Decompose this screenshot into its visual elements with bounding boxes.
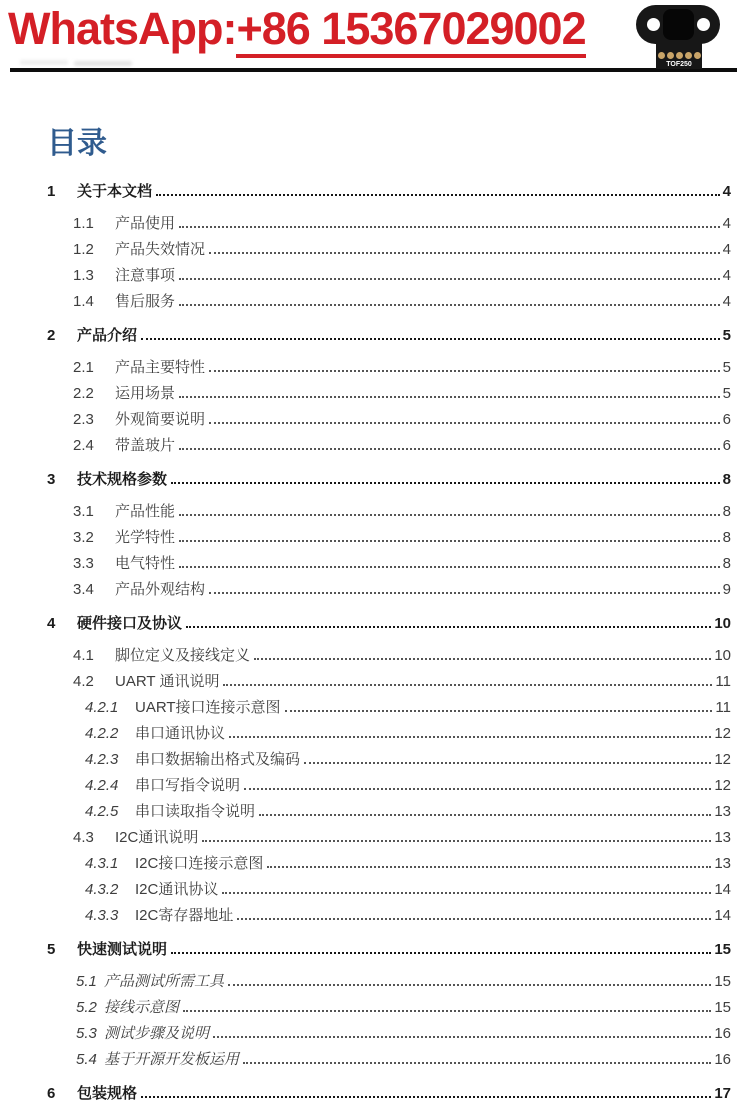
toc-leader-dots bbox=[202, 840, 711, 842]
toc-entry-page: 13 bbox=[714, 799, 731, 825]
toc-entry-title: 串口通讯协议 bbox=[135, 721, 225, 747]
header-divider bbox=[10, 68, 737, 72]
toc-entry-number: 2.3 bbox=[73, 407, 115, 433]
toc-entry[interactable]: 4.3.3I2C寄存器地址14 bbox=[0, 903, 731, 929]
toc-entry-title: 测试步骤及说明 bbox=[104, 1021, 209, 1047]
toc-entry[interactable]: 1.2产品失效情况4 bbox=[0, 237, 731, 263]
toc-entry-page: 16 bbox=[714, 1021, 731, 1047]
erased-text-artifact bbox=[74, 61, 132, 66]
toc-leader-dots bbox=[179, 226, 720, 228]
sensor-aperture bbox=[663, 9, 694, 40]
toc-leader-dots bbox=[254, 658, 711, 660]
toc-leader-dots bbox=[209, 370, 720, 372]
toc-leader-dots bbox=[237, 918, 711, 920]
toc-leader-dots bbox=[179, 448, 720, 450]
toc-entry-number: 2.4 bbox=[73, 433, 115, 459]
toc-leader-dots bbox=[229, 736, 711, 738]
toc-entry[interactable]: 5.1产品测试所需工具15 bbox=[0, 969, 731, 995]
toc-entry[interactable]: 6包装规格17 bbox=[0, 1081, 731, 1107]
toc-entry-number: 4.3 bbox=[73, 825, 115, 851]
toc-entry-number: 4.2.1 bbox=[85, 695, 135, 721]
toc-entry-number: 3.1 bbox=[73, 499, 115, 525]
toc-entry[interactable]: 2.2运用场景5 bbox=[0, 381, 731, 407]
toc-entry-title: 基于开源开发板运用 bbox=[104, 1047, 239, 1073]
toc-leader-dots bbox=[209, 252, 720, 254]
toc-entry[interactable]: 3技术规格参数8 bbox=[0, 467, 731, 493]
toc-entry[interactable]: 4.3.2I2C通讯协议14 bbox=[0, 877, 731, 903]
toc-leader-dots bbox=[141, 1096, 711, 1098]
toc-entry-page: 8 bbox=[723, 551, 731, 577]
tof250-product-image: TOF250 bbox=[636, 5, 720, 69]
toc-entry-number: 4.1 bbox=[73, 643, 115, 669]
toc-entry-number: 5.2 bbox=[76, 995, 104, 1021]
toc-leader-dots bbox=[213, 1036, 711, 1038]
toc-leader-dots bbox=[285, 710, 713, 712]
toc-entry-number: 4.3.1 bbox=[85, 851, 135, 877]
toc-entry-page: 12 bbox=[714, 747, 731, 773]
toc-entry-title: I2C寄存器地址 bbox=[135, 903, 233, 929]
toc-entry-page: 10 bbox=[714, 643, 731, 669]
toc-entry-number: 2.1 bbox=[73, 355, 115, 381]
toc-entry-number: 1.4 bbox=[73, 289, 115, 315]
toc-entry-page: 8 bbox=[723, 467, 731, 493]
toc-entry-number: 2.2 bbox=[73, 381, 115, 407]
toc-entry-title: 产品主要特性 bbox=[115, 355, 205, 381]
toc-leader-dots bbox=[228, 984, 711, 986]
erased-text-artifact bbox=[20, 60, 68, 65]
toc-leader-dots bbox=[156, 194, 720, 196]
toc-entry-page: 5 bbox=[723, 355, 731, 381]
toc-entry[interactable]: 4.2.5串口读取指令说明13 bbox=[0, 799, 731, 825]
toc-entry-page: 4 bbox=[723, 179, 731, 205]
toc-entry-title: I2C接口连接示意图 bbox=[135, 851, 263, 877]
toc-entry[interactable]: 5.4基于开源开发板运用16 bbox=[0, 1047, 731, 1073]
toc-entry-page: 6 bbox=[723, 433, 731, 459]
toc-entry-number: 4 bbox=[47, 611, 77, 637]
toc-entry-page: 6 bbox=[723, 407, 731, 433]
toc-entry-page: 9 bbox=[723, 577, 731, 603]
toc-entry-page: 10 bbox=[714, 611, 731, 637]
toc-entry[interactable]: 3.2光学特性8 bbox=[0, 525, 731, 551]
toc-entry-title: 快速测试说明 bbox=[77, 937, 167, 963]
toc-entry-title: 注意事项 bbox=[115, 263, 175, 289]
pin bbox=[667, 52, 674, 59]
toc-entry[interactable]: 2产品介绍5 bbox=[0, 323, 731, 349]
toc-entry-title: 光学特性 bbox=[115, 525, 175, 551]
toc-leader-dots bbox=[179, 304, 720, 306]
toc-entry-page: 16 bbox=[714, 1047, 731, 1073]
pin bbox=[676, 52, 683, 59]
toc-leader-dots bbox=[179, 514, 720, 516]
toc-entry-title: UART接口连接示意图 bbox=[135, 695, 281, 721]
toc-entry[interactable]: 2.3外观简要说明6 bbox=[0, 407, 731, 433]
toc-entry-title: 包装规格 bbox=[77, 1081, 137, 1107]
toc-entry[interactable]: 4.2.3串口数据输出格式及编码12 bbox=[0, 747, 731, 773]
toc-leader-dots bbox=[243, 1062, 711, 1064]
toc-entry-page: 13 bbox=[714, 851, 731, 877]
toc-entry-number: 4.2.5 bbox=[85, 799, 135, 825]
toc-entry[interactable]: 1.3注意事项4 bbox=[0, 263, 731, 289]
toc-entry-page: 8 bbox=[723, 499, 731, 525]
toc-entry-number: 3.4 bbox=[73, 577, 115, 603]
toc-entry[interactable]: 1.4售后服务4 bbox=[0, 289, 731, 315]
toc-entry-number: 4.2 bbox=[73, 669, 115, 695]
toc-leader-dots bbox=[179, 540, 720, 542]
toc-entry-page: 4 bbox=[723, 237, 731, 263]
toc-leader-dots bbox=[171, 482, 720, 484]
toc-entry[interactable]: 2.1产品主要特性5 bbox=[0, 355, 731, 381]
toc-entry[interactable]: 5快速测试说明15 bbox=[0, 937, 731, 963]
toc-entry-title: 串口写指令说明 bbox=[135, 773, 240, 799]
toc-leader-dots bbox=[141, 338, 720, 340]
toc-entry-title: 技术规格参数 bbox=[77, 467, 167, 493]
whatsapp-label: WhatsApp: bbox=[8, 3, 236, 54]
toc-title: 目录 bbox=[47, 124, 107, 164]
toc-entry[interactable]: 4.3.1I2C接口连接示意图13 bbox=[0, 851, 731, 877]
phone-number: +86 15367029002 bbox=[236, 3, 585, 58]
toc-entry-title: 产品使用 bbox=[115, 211, 175, 237]
toc-entry[interactable]: 2.4带盖玻片6 bbox=[0, 433, 731, 459]
toc-entry-title: 脚位定义及接线定义 bbox=[115, 643, 250, 669]
toc-entry-number: 4.3.3 bbox=[85, 903, 135, 929]
toc-entry-title: 产品测试所需工具 bbox=[104, 969, 224, 995]
toc-entry[interactable]: 4.2.4串口写指令说明12 bbox=[0, 773, 731, 799]
toc-leader-dots bbox=[259, 814, 711, 816]
toc-entry-page: 15 bbox=[714, 969, 731, 995]
toc-entry[interactable]: 4.2.2串口通讯协议12 bbox=[0, 721, 731, 747]
toc-entry-page: 5 bbox=[723, 323, 731, 349]
toc-leader-dots bbox=[244, 788, 711, 790]
toc-entry-number: 2 bbox=[47, 323, 77, 349]
toc-entry-title: 电气特性 bbox=[115, 551, 175, 577]
toc-leader-dots bbox=[304, 762, 711, 764]
toc-entry-title: UART 通讯说明 bbox=[115, 669, 219, 695]
toc-entry-number: 3.2 bbox=[73, 525, 115, 551]
toc-leader-dots bbox=[222, 892, 711, 894]
toc-leader-dots bbox=[179, 566, 720, 568]
toc-entry[interactable]: 1关于本文档4 bbox=[0, 179, 731, 205]
module-label: TOF250 bbox=[666, 60, 692, 69]
document-page: WhatsApp:+86 15367029002 TOF250 目录 1关于本文… bbox=[0, 0, 750, 1120]
toc-leader-dots bbox=[209, 592, 720, 594]
toc-entry-title: 外观简要说明 bbox=[115, 407, 205, 433]
pin bbox=[694, 52, 701, 59]
toc-entry-title: 关于本文档 bbox=[77, 179, 152, 205]
toc-entry-page: 14 bbox=[714, 877, 731, 903]
gold-pins bbox=[658, 52, 701, 59]
toc-entry-title: 产品介绍 bbox=[77, 323, 137, 349]
toc-entry-number: 3.3 bbox=[73, 551, 115, 577]
toc-leader-dots bbox=[179, 278, 720, 280]
pin bbox=[658, 52, 665, 59]
toc-entry-title: 产品性能 bbox=[115, 499, 175, 525]
toc-entry[interactable]: 3.3电气特性8 bbox=[0, 551, 731, 577]
toc-leader-dots bbox=[183, 1010, 711, 1012]
toc-entry[interactable]: 4硬件接口及协议10 bbox=[0, 611, 731, 637]
toc-entry-number: 4.2.3 bbox=[85, 747, 135, 773]
toc-entry-page: 14 bbox=[714, 903, 731, 929]
mounting-hole-right bbox=[697, 18, 710, 31]
toc-entry-number: 5.4 bbox=[76, 1047, 104, 1073]
pin bbox=[685, 52, 692, 59]
whatsapp-header: WhatsApp:+86 15367029002 bbox=[8, 0, 586, 58]
toc-leader-dots bbox=[171, 952, 711, 954]
toc-entry-title: I2C通讯协议 bbox=[135, 877, 218, 903]
toc-entry[interactable]: 4.2UART 通讯说明11 bbox=[0, 669, 731, 695]
toc-leader-dots bbox=[267, 866, 711, 868]
toc-entry-title: 产品外观结构 bbox=[115, 577, 205, 603]
toc-entry-page: 12 bbox=[714, 721, 731, 747]
toc-entry-page: 5 bbox=[723, 381, 731, 407]
toc-entry[interactable]: 3.4产品外观结构9 bbox=[0, 577, 731, 603]
toc-entry-page: 4 bbox=[723, 211, 731, 237]
toc-entry-page: 13 bbox=[714, 825, 731, 851]
toc-entry-title: 串口数据输出格式及编码 bbox=[135, 747, 300, 773]
toc-list: 1关于本文档41.1产品使用41.2产品失效情况41.3注意事项41.4售后服务… bbox=[0, 179, 750, 1113]
toc-entry-title: 售后服务 bbox=[115, 289, 175, 315]
toc-leader-dots bbox=[179, 396, 720, 398]
toc-entry-number: 5 bbox=[47, 937, 77, 963]
mounting-hole-left bbox=[647, 18, 660, 31]
toc-entry-number: 5.1 bbox=[76, 969, 104, 995]
toc-entry-number: 4.2.2 bbox=[85, 721, 135, 747]
toc-leader-dots bbox=[209, 422, 720, 424]
toc-entry-number: 5.3 bbox=[76, 1021, 104, 1047]
toc-entry-title: I2C通讯说明 bbox=[115, 825, 198, 851]
toc-entry-number: 4.2.4 bbox=[85, 773, 135, 799]
toc-entry[interactable]: 4.2.1UART接口连接示意图11 bbox=[0, 695, 731, 721]
toc-entry-title: 运用场景 bbox=[115, 381, 175, 407]
toc-entry-number: 4.3.2 bbox=[85, 877, 135, 903]
toc-entry-title: 接线示意图 bbox=[104, 995, 179, 1021]
toc-entry-title: 硬件接口及协议 bbox=[77, 611, 182, 637]
toc-entry-page: 17 bbox=[714, 1081, 731, 1107]
toc-entry-page: 11 bbox=[715, 669, 731, 695]
toc-entry-page: 15 bbox=[714, 995, 731, 1021]
toc-entry-number: 1.1 bbox=[73, 211, 115, 237]
toc-entry-page: 11 bbox=[715, 695, 731, 721]
toc-entry[interactable]: 4.3I2C通讯说明13 bbox=[0, 825, 731, 851]
toc-entry-page: 12 bbox=[714, 773, 731, 799]
toc-entry-page: 4 bbox=[723, 289, 731, 315]
toc-entry-number: 3 bbox=[47, 467, 77, 493]
toc-entry-number: 1.3 bbox=[73, 263, 115, 289]
toc-entry[interactable]: 5.3测试步骤及说明16 bbox=[0, 1021, 731, 1047]
toc-leader-dots bbox=[223, 684, 712, 686]
toc-entry-page: 8 bbox=[723, 525, 731, 551]
toc-entry-page: 4 bbox=[723, 263, 731, 289]
toc-entry-number: 1 bbox=[47, 179, 77, 205]
toc-entry-title: 带盖玻片 bbox=[115, 433, 175, 459]
toc-entry[interactable]: 4.1脚位定义及接线定义10 bbox=[0, 643, 731, 669]
toc-entry-number: 1.2 bbox=[73, 237, 115, 263]
toc-entry[interactable]: 5.2接线示意图15 bbox=[0, 995, 731, 1021]
toc-entry[interactable]: 1.1产品使用4 bbox=[0, 211, 731, 237]
toc-entry[interactable]: 3.1产品性能8 bbox=[0, 499, 731, 525]
toc-entry-number: 6 bbox=[47, 1081, 77, 1107]
toc-entry-title: 产品失效情况 bbox=[115, 237, 205, 263]
toc-leader-dots bbox=[186, 626, 711, 628]
module-pin-tab: TOF250 bbox=[656, 42, 702, 69]
toc-entry-page: 15 bbox=[714, 937, 731, 963]
toc-entry-title: 串口读取指令说明 bbox=[135, 799, 255, 825]
